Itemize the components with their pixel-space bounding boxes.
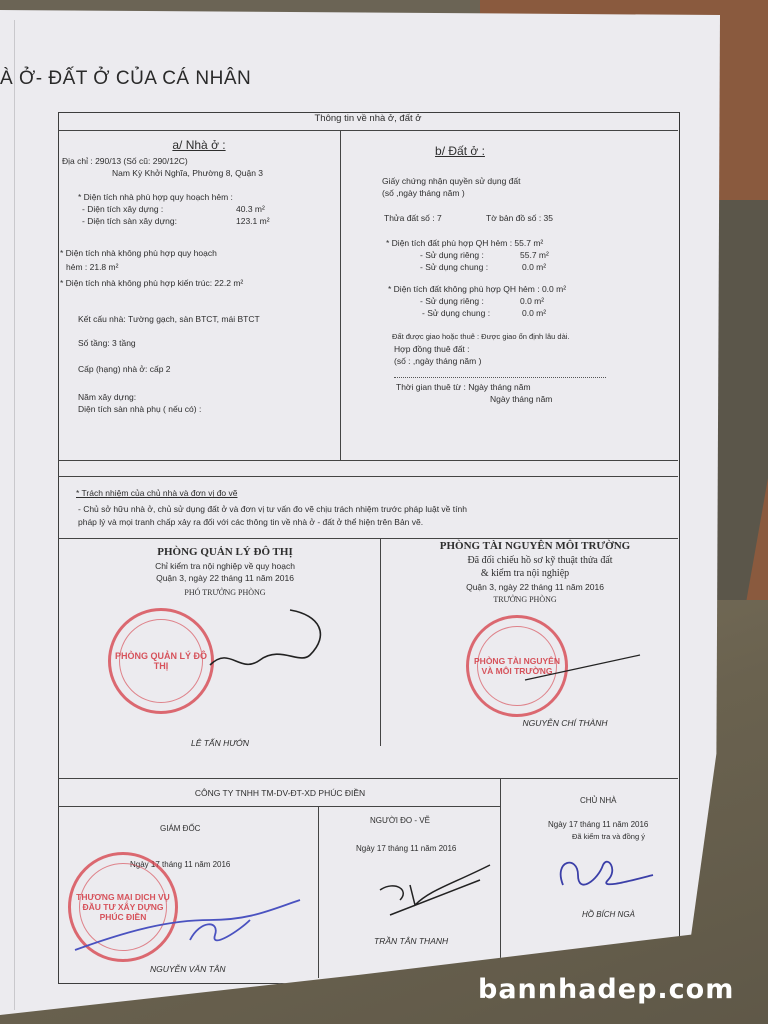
address: Địa chỉ : 290/13 (Số cũ: 290/12C) xyxy=(62,156,188,166)
watermark: bannhadep.com xyxy=(478,974,734,1005)
env-dept-note1: Đã đối chiếu hồ sơ kỹ thuật thửa đất xyxy=(390,555,690,566)
divider xyxy=(318,806,319,978)
divider xyxy=(58,130,678,131)
owner-date: Ngày 17 tháng 11 năm 2016 xyxy=(548,820,648,829)
nc-common-use-value: 0.0 m² xyxy=(522,308,546,318)
lease-period: Thời gian thuê từ : Ngày tháng năm xyxy=(396,382,531,392)
divider xyxy=(58,806,500,807)
allocation: Đất được giao hoặc thuê : Được giao ổn đ… xyxy=(392,332,569,341)
year-built: Năm xây dựng: xyxy=(78,392,136,402)
nc-private-use-value: 0.0 m² xyxy=(520,296,544,306)
private-use-label: - Sử dụng riêng : xyxy=(420,250,484,260)
responsibility-line2: pháp lý và mọi tranh chấp xảy ra đối với… xyxy=(78,517,423,527)
divider xyxy=(340,130,341,460)
divider xyxy=(58,538,678,539)
floor-area-label: - Diện tích sàn xây dựng: xyxy=(82,216,177,226)
divider xyxy=(58,460,678,461)
floor-area-value: 123.1 m² xyxy=(236,216,270,226)
building-area-label: - Diện tích xây dựng : xyxy=(82,204,163,214)
nc-common-use-label: - Sử dụng chung : xyxy=(422,308,490,318)
section-header: Thông tin về nhà ở, đất ở xyxy=(58,113,678,124)
aux-floor-area: Diện tích sàn nhà phụ ( nếu có) : xyxy=(78,404,201,414)
env-dept-title: TRƯỞNG PHÒNG xyxy=(390,595,660,604)
director-title: GIÁM ĐỐC xyxy=(160,824,200,833)
urban-dept-title: PHÓ TRƯỞNG PHÒNG xyxy=(70,588,380,597)
urban-dept-note: Chỉ kiểm tra nội nghiệp về quy hoạch xyxy=(70,561,380,571)
document-paper: À Ở- ĐẤT Ở CỦA CÁ NHÂN Thông tin về nhà … xyxy=(0,10,720,1015)
env-dept-signer: NGUYỄN CHÍ THÀNH xyxy=(480,718,650,728)
noncompliant-alley: * Diện tích nhà không phù hợp quy hoạch xyxy=(60,248,217,258)
document-title: À Ở- ĐẤT Ở CỦA CÁ NHÂN xyxy=(0,68,251,90)
urban-dept-date: Quận 3, ngày 22 tháng 11 năm 2016 xyxy=(70,573,380,583)
company-name: CÔNG TY TNHH TM-DV-ĐT-XD PHÚC ĐIỀN xyxy=(60,788,500,798)
lease-contract: Hợp đồng thuê đất : xyxy=(394,344,470,354)
nc-private-use-label: - Sử dụng riêng : xyxy=(420,296,484,306)
owner-title: CHỦ NHÀ xyxy=(580,796,616,805)
noncompliant-arch: * Diện tích nhà không phù hợp kiến trúc:… xyxy=(60,278,243,288)
responsibility-line1: - Chủ sở hữu nhà ở, chủ sử dụng đất ở và… xyxy=(78,504,467,514)
env-dept-name: PHÒNG TÀI NGUYÊN MÔI TRƯỜNG xyxy=(390,540,680,552)
certificate-line2: (số ,ngày tháng năm ) xyxy=(382,188,465,198)
surveyor-date: Ngày 17 tháng 11 năm 2016 xyxy=(356,844,456,853)
common-use-label: - Sử dụng chung : xyxy=(420,262,488,272)
env-dept-signature xyxy=(520,650,650,690)
owner-signature xyxy=(548,850,658,900)
noncompliant-alley-value: hẻm : 21.8 m² xyxy=(66,262,118,272)
map-sheet-number: Tờ bản đồ số : 35 xyxy=(486,213,553,223)
director-signature xyxy=(70,890,310,960)
surveyor-title: NGƯỜI ĐO - VẼ xyxy=(370,816,430,825)
surveyor-name: TRẦN TÂN THANH xyxy=(374,936,448,946)
urban-dept-signature xyxy=(200,605,350,685)
divider xyxy=(380,538,381,746)
fold-line xyxy=(14,20,15,1010)
grade: Cấp (hạng) nhà ở: cấp 2 xyxy=(78,364,171,374)
urban-dept-signer: LÊ TẤN HƯỚN xyxy=(120,738,320,748)
owner-note: Đã kiểm tra và đồng ý xyxy=(572,832,645,841)
building-area-value: 40.3 m² xyxy=(236,204,265,214)
env-dept-note2: & kiểm tra nội nghiệp xyxy=(390,568,660,579)
compliant-area-heading: * Diện tích nhà phù hợp quy hoạch hẻm : xyxy=(78,192,233,202)
responsibility-heading: * Trách nhiệm của chủ nhà và đơn vị đo v… xyxy=(76,488,238,498)
owner-name: HỒ BÍCH NGÀ xyxy=(582,910,635,919)
divider xyxy=(58,778,678,779)
lease-contract-line2: (số : ,ngày tháng năm ) xyxy=(394,356,481,366)
divider xyxy=(500,778,501,978)
private-use-value: 55.7 m² xyxy=(520,250,549,260)
address-line2: Nam Kỳ Khởi Nghĩa, Phường 8, Quận 3 xyxy=(112,168,263,178)
house-heading: a/ Nhà ở : xyxy=(58,138,340,152)
urban-dept-stamp: PHÒNG QUẢN LÝ ĐÔ THỊ xyxy=(108,608,214,714)
dotted-separator xyxy=(394,377,606,378)
land-noncompliant-heading: * Diện tích đất không phù hợp QH hẻm : 0… xyxy=(388,284,566,294)
parcel-number: Thửa đất số : 7 xyxy=(384,213,442,223)
structure: Kết cấu nhà: Tường gạch, sàn BTCT, mái B… xyxy=(78,314,260,324)
common-use-value: 0.0 m² xyxy=(522,262,546,272)
land-compliant-heading: * Diện tích đất phù hợp QH hẻm : 55.7 m² xyxy=(386,238,543,248)
certificate-line1: Giấy chứng nhận quyền sử dụng đất xyxy=(382,176,521,186)
floors: Số tầng: 3 tầng xyxy=(78,338,136,348)
divider xyxy=(58,476,678,477)
director-name: NGUYỄN VĂN TÂN xyxy=(150,964,226,974)
urban-dept-name: PHÒNG QUẢN LÝ ĐÔ THỊ xyxy=(70,546,380,558)
env-dept-date: Quận 3, ngày 22 tháng 11 năm 2016 xyxy=(390,582,680,592)
land-heading: b/ Đất ở : xyxy=(340,144,580,158)
surveyor-signature xyxy=(370,860,500,920)
lease-period-line2: Ngày tháng năm xyxy=(490,394,552,404)
